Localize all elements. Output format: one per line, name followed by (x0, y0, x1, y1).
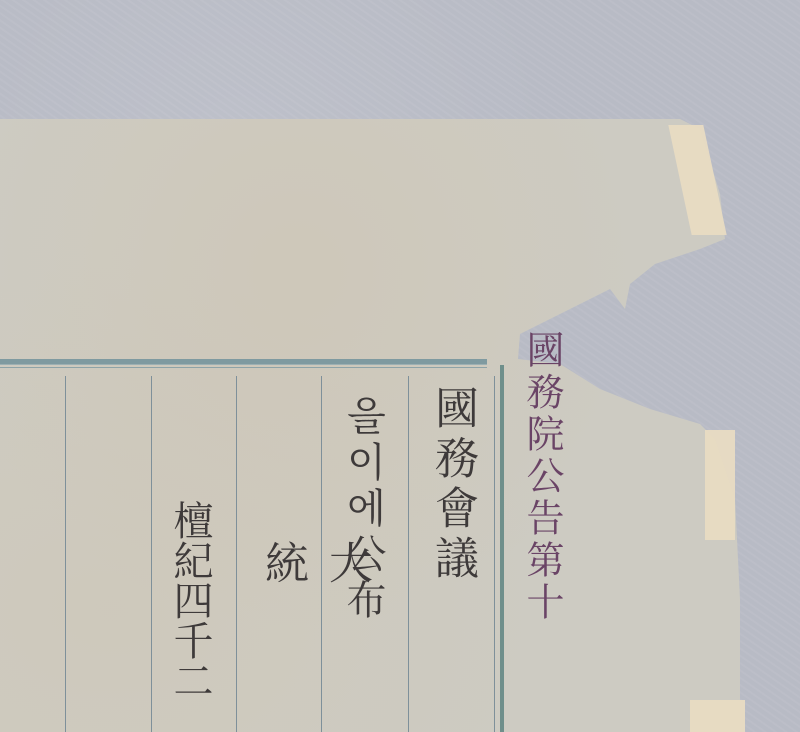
rule-line (408, 376, 409, 732)
text-column-4: 檀紀四千二 (162, 500, 219, 700)
rule-line (494, 376, 495, 732)
rule-line (151, 376, 152, 732)
frame-right-border (500, 365, 504, 732)
text-column-1: 國務會議 (420, 385, 484, 585)
rule-line (65, 376, 66, 732)
text-column-3: 大統 (250, 540, 378, 732)
frame-top-inner-line (0, 367, 487, 368)
frame-top-border (0, 359, 487, 365)
repair-tape-bottom (690, 700, 745, 732)
margin-heading: 國務院公告第十 (515, 330, 570, 624)
rule-line (236, 376, 237, 732)
repair-tape-right (705, 430, 735, 540)
